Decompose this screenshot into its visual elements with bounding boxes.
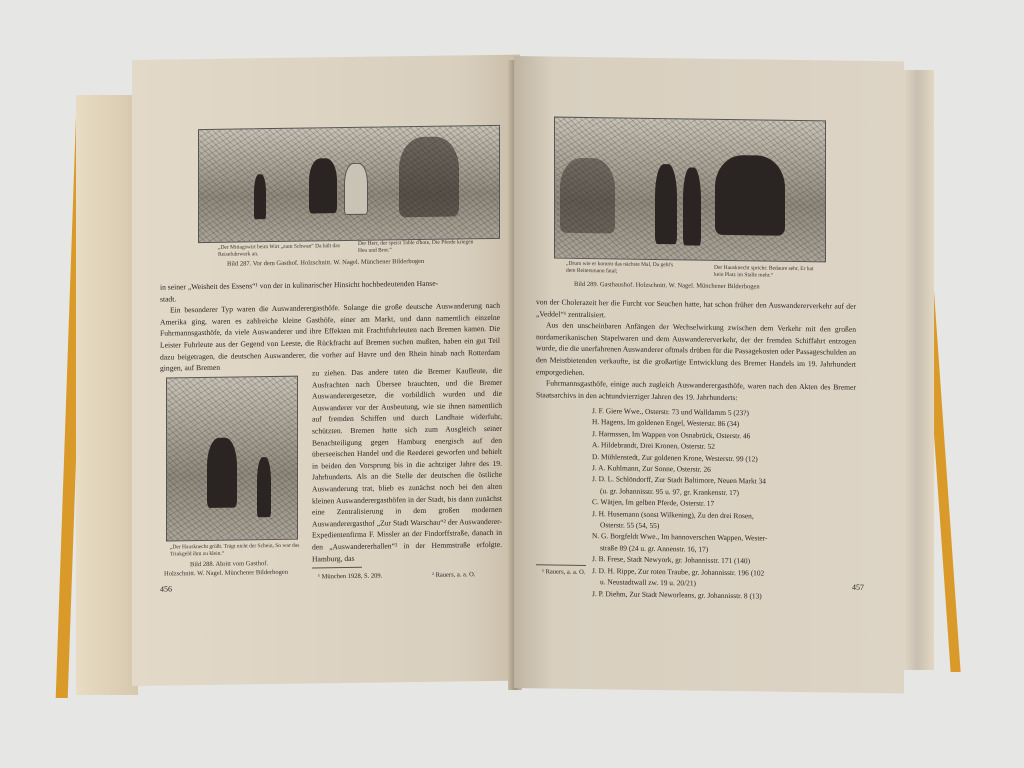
right-page: „Drum wie er kommt das nächste Mal, Da g… (514, 56, 904, 693)
open-book: „Der Mittagswirt beim Wirt „zum Schwan“ … (0, 0, 1024, 768)
boy-figure (257, 457, 271, 517)
figure-289-title: Bild 289. Gasthaushof. Holzschnitt. W. N… (574, 281, 760, 291)
figure-288-title-1: Bild 288. Abritt vom Gasthof. (190, 560, 268, 568)
figure-289-woodcut (554, 117, 826, 263)
footnote-rule (312, 567, 362, 569)
footnote-1: ¹ München 1928, S. 209. (318, 573, 382, 581)
horse-figure (309, 158, 337, 213)
figure-287-woodcut (198, 125, 500, 243)
inn-list: J. F. Giere Wwe., Osterstr. 73 und Walld… (592, 405, 767, 601)
paragraph-inns-intro: Fuhrmannsgasthöfe, einige auch zugleich … (536, 377, 856, 405)
figure-287-caption-left: „Der Mittagswirt beim Wirt „zum Schwan“ … (218, 243, 358, 259)
figure-289-caption-left: „Drum wie er kommt das nächste Mal, Da g… (566, 261, 676, 277)
figure-287-title: Bild 287. Vor dem Gasthof. Holzschnitt. … (227, 258, 424, 268)
person-figure (254, 174, 266, 219)
left-page: „Der Mittagswirt beim Wirt „zum Schwan“ … (132, 55, 520, 686)
paragraph-emigrant-inns: Ein besonderer Typ waren die Auswanderer… (160, 300, 500, 374)
horse-figure (715, 155, 785, 236)
man-figure (655, 164, 677, 244)
page-stack-right (900, 70, 934, 670)
figure-289-caption-right: Der Hausknecht spricht: Bedaure sehr, Er… (714, 265, 824, 281)
figure-288-woodcut (166, 376, 298, 542)
column-text: zu ziehen. Das andere taten die Bremer K… (312, 365, 502, 565)
intro-line: in seiner „Weisheit des Essens“¹ von der… (160, 277, 500, 374)
carriage-figure (560, 158, 615, 234)
horse-figure (344, 163, 368, 215)
carriage-figure (399, 136, 459, 217)
figure-288-title-2: Holzschnitt. W. Nagel. Münchener Bilderb… (164, 569, 288, 578)
footnote-rule (536, 564, 586, 566)
page-number-right: 457 (852, 583, 864, 592)
footnote-2: ² Rauers, a. a. O. (432, 571, 475, 579)
figure-287-caption-right: Der Herr, der speist Table d'hote, Die P… (358, 239, 478, 255)
figure-288-caption: „Der Hausknecht grüßt. Trägt nicht der S… (170, 543, 300, 559)
inn-entry: J. P. Diehm, Zur Stadt Neworleans, gr. J… (592, 588, 767, 602)
right-text: von der Cholerazeit her die Furcht vor S… (536, 296, 856, 405)
page-number-left: 456 (160, 584, 172, 593)
rider-figure (207, 438, 237, 508)
paragraph-trade: Aus den unscheinbaren Anfängen der Wechs… (536, 319, 856, 381)
footnote-1: ¹ Rauers, a. a. O. (542, 568, 585, 576)
groom-figure (683, 167, 701, 245)
page-stack-left (76, 95, 138, 695)
